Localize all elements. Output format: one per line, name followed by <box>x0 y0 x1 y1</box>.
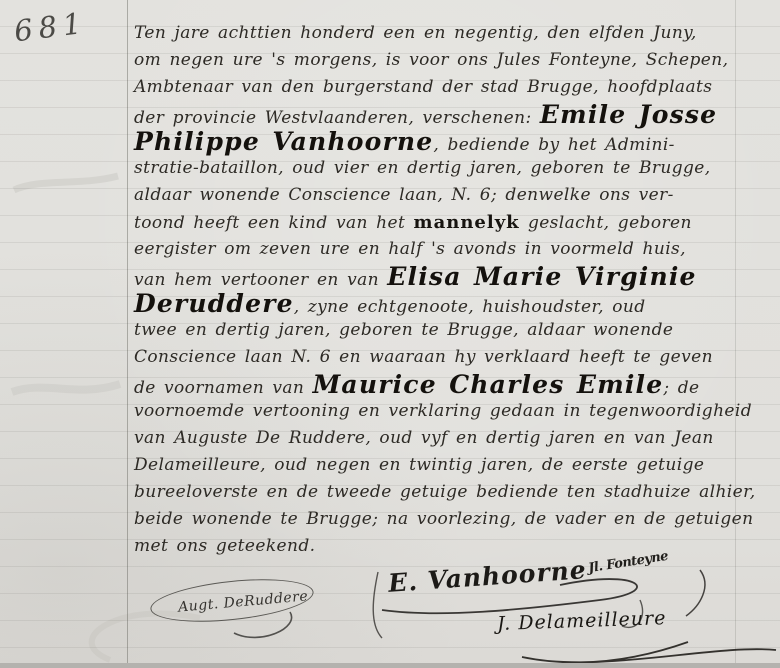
act-line-text: der provincie Westvlaanderen, verschenen… <box>134 108 540 128</box>
act-line: twee en dertig jaren, geboren te Brugge,… <box>134 317 752 344</box>
act-line: van Auguste De Ruddere, oud vyf en derti… <box>134 425 752 452</box>
act-line: Conscience laan N. 6 en waaraan hy verkl… <box>134 344 752 371</box>
act-line: Ambtenaar van den burgerstand der stad B… <box>134 74 752 101</box>
act-line-text: toond heeft een kind van het <box>134 213 414 233</box>
act-line: voornoemde vertooning en verklaring geda… <box>134 398 752 425</box>
register-page: 681 Ten jare achttien honderd een en neg… <box>0 0 780 668</box>
act-line: bureeloverste en de tweede getuige bedie… <box>134 479 752 506</box>
act-line: om negen ure 's morgens, is voor ons Jul… <box>134 47 752 74</box>
child-sex: mannelyk <box>414 212 520 233</box>
act-line-text: , bediende by het Admini- <box>433 135 674 155</box>
signature-vanhoorne: E. Vanhoorne <box>387 555 587 598</box>
act-line: de voornamen van Maurice Charles Emile; … <box>134 371 752 398</box>
act-line: van hem vertooner en van Elisa Marie Vir… <box>134 263 752 290</box>
act-line: aldaar wonende Conscience laan, N. 6; de… <box>134 182 752 209</box>
act-line-text: , zyne echtgenoote, huishoudster, oud <box>294 297 646 317</box>
act-line: stratie-bataillon, oud vier en dertig ja… <box>134 155 752 182</box>
act-line-text: van hem vertooner en van <box>134 270 387 290</box>
act-line-text: voornoemde vertooning en verklaring geda… <box>134 401 752 421</box>
act-line-text: bureeloverste en de tweede getuige bedie… <box>134 482 756 502</box>
act-line: Delameilleure, oud negen en twintig jare… <box>134 452 752 479</box>
act-line-text: aldaar wonende Conscience laan, N. 6; de… <box>134 185 674 205</box>
act-line-text: beide wonende te Brugge; na voorlezing, … <box>134 509 753 529</box>
father-given-names: Emile Josse <box>540 100 717 129</box>
act-line-text: geslacht, geboren <box>520 213 692 233</box>
act-line-text: eergister om zeven ure en half 's avonds… <box>134 239 686 259</box>
act-line: der provincie Westvlaanderen, verschenen… <box>134 101 752 128</box>
act-line-text: Ten jare achttien honderd een en negenti… <box>134 23 697 43</box>
child-given-names: Maurice Charles Emile <box>313 370 664 399</box>
father-name: Philippe Vanhoorne <box>134 127 433 156</box>
act-line: Deruddere, zyne echtgenoote, huishoudste… <box>134 290 752 317</box>
act-line: beide wonende te Brugge; na voorlezing, … <box>134 506 752 533</box>
signature-block: Augt. DeRuddere E. Vanhoorne Jl. Fonteyn… <box>0 552 780 668</box>
signature-delameilleure: J. Delameilleure <box>497 607 667 635</box>
act-line-text: twee en dertig jaren, geboren te Brugge,… <box>134 320 673 340</box>
scan-edge <box>0 663 780 668</box>
act-line-text: Delameilleure, oud negen en twintig jare… <box>134 455 704 475</box>
act-line-text: van Auguste De Ruddere, oud vyf en derti… <box>134 428 714 448</box>
act-line-text: de voornamen van <box>134 378 313 398</box>
act-line: Ten jare achttien honderd een en negenti… <box>134 20 752 47</box>
act-line: toond heeft een kind van het mannelyk ge… <box>134 209 752 236</box>
act-line-text: om negen ure 's morgens, is voor ons Jul… <box>134 50 728 70</box>
act-line-text: ; de <box>663 378 699 398</box>
mother-given-names: Elisa Marie Virginie <box>387 262 696 291</box>
act-text: Ten jare achttien honderd een en negenti… <box>134 20 752 560</box>
act-line-text: Conscience laan N. 6 en waaraan hy verkl… <box>134 347 713 367</box>
act-line: eergister om zeven ure en half 's avonds… <box>134 236 752 263</box>
mother-name: Deruddere <box>134 289 294 318</box>
act-line-text: Ambtenaar van den burgerstand der stad B… <box>134 77 712 97</box>
act-line: Philippe Vanhoorne, bediende by het Admi… <box>134 128 752 155</box>
act-line-text: stratie-bataillon, oud vier en dertig ja… <box>134 158 711 178</box>
signature-fonteyne: Jl. Fonteyne <box>587 549 669 576</box>
